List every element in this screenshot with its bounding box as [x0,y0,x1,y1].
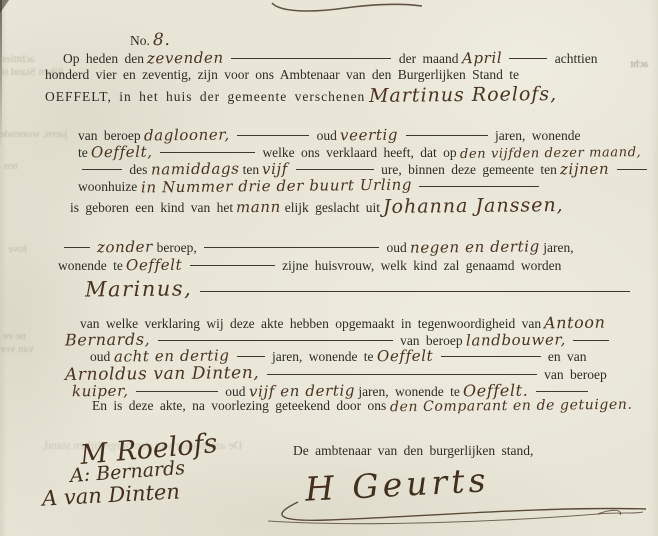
handwritten-closing: den Comparant en de getuigen. [390,397,633,416]
printed-text: achttien [555,51,598,66]
printed-text: wonende te [58,258,123,273]
closing-line: En is deze akte, na voorlezing geteekend… [92,398,632,414]
blank-line-rule [190,263,275,266]
blank-line-rule [200,289,630,292]
printed-text: jaren, [543,240,573,255]
handwritten-hour: vijf [262,160,288,178]
handwritten-mother-name: Johanna Janssen, [383,194,564,218]
blank-line-rule [573,338,609,341]
handwritten-age: veertig [340,126,398,145]
handwritten-day: zevenden [147,49,224,68]
handwritten-month: April [462,49,502,67]
blank-line-rule [406,133,488,136]
handwritten-mother-residence: Oeffelt [126,256,182,275]
printed-text: jaren, wonende te [358,384,460,399]
blank-line-rule [204,245,379,248]
blank-line-rule [617,167,647,170]
printed-text: des [129,162,147,177]
printed-text: jaren, wonende te [272,349,374,364]
printed-text: elijk geslacht uit [285,200,380,215]
blank-line-rule [296,167,374,170]
handwritten-address: in Nummer drie der buurt Urling [141,176,412,197]
house-line: woonhuize in Nummer drie der buurt Urlin… [78,177,543,195]
signature-witness2: A van Dinten [41,479,180,510]
printed-text: honderd vier en zeventig, zijn voor ons … [45,67,519,82]
child-name-line: Marinus, [85,277,634,301]
mother-occupation-line: zonder beroep, oud negen en dertig jaren… [60,238,574,256]
handwritten-occupation: daglooner, [144,126,230,145]
blank-line-rule [82,167,122,170]
printed-text: is geboren een kind van het [70,200,233,215]
blank-line-rule [237,133,309,136]
bleed-through-text: jaren, wonende [0,128,67,140]
handwritten-residence: Oeffelt, [91,143,153,162]
printed-text: OEFFELT, in het huis der gemeente versch… [45,89,365,104]
printed-text: oud [225,384,245,399]
printed-text: Op heden den [63,51,144,66]
blank-line-rule [136,389,218,392]
printed-text: jaren, wonende [495,128,580,143]
handwritten-mother-occupation: zonder [97,238,153,257]
signature-registrar: H Geurts [304,460,490,509]
bleed-through-text: acht [630,58,648,70]
scan-corner-mark [0,0,9,13]
record-number-label: No. [130,33,150,48]
printed-text: zijne huisvrouw, welk kind zal genaamd w… [282,258,561,273]
blank-line-rule [231,56,391,59]
printed-text: welke ons verklaard heeft, dat op [262,145,456,160]
blank-line-rule [536,389,588,392]
bleed-through-text: ten [4,160,17,172]
handwritten-possessive: zijnen [560,160,609,179]
blank-line-rule [64,245,90,248]
handwritten-daypart: namiddags [151,160,240,179]
printed-text: ten [243,162,260,177]
printed-text: beroep, [157,240,197,255]
registrar-title-line: De ambtenaar van den burgerlijken stand, [293,443,533,459]
blank-line-rule [237,354,265,357]
bleed-through-text: achttien [0,53,35,65]
handwritten-gender: mann [236,198,281,216]
printed-text: en van [548,349,587,364]
printed-text: oud [90,349,110,364]
printed-text: De ambtenaar van den burgerlijken stand, [293,443,533,458]
printed-text: van beroep [544,367,607,382]
printed-text: der maand [399,51,459,66]
blank-line-rule [509,56,547,59]
residence-line: te Oeffelt, welke ons verklaard heeft, d… [78,143,641,161]
blank-line-rule [158,338,393,341]
year-line: honderd vier en zeventig, zijn voor ons … [45,67,519,83]
blank-line-rule [160,150,255,153]
handwritten-witness1-residence: Oeffelt [377,347,433,366]
record-number-line: No. 8. [130,30,171,50]
mother-residence-line: wonende te Oeffelt zijne huisvrouw, welk… [58,256,561,274]
bleed-through-text: love [8,243,27,255]
document-page: achttien lijken Stand te jaren, wonende … [0,0,658,536]
record-number-value: 8. [153,30,171,50]
printed-text: woonhuize [78,179,137,194]
printed-text: En is deze akte, na voorlezing geteekend… [92,398,386,413]
blank-line-rule [419,184,539,187]
bleed-through-text: van vee [0,343,34,355]
date-line: Op heden den zevenden der maand April ac… [63,49,598,67]
blank-line-rule [441,354,541,357]
handwritten-child-name: Marinus, [85,276,193,301]
birth-line: is geboren een kind van het mann elijk g… [70,195,564,217]
printed-text: te [78,145,88,160]
bleed-through-text: ne ee [3,330,26,342]
printed-text: van beroep [78,128,141,143]
handwritten-declarant-name: Martinus Roelofs, [369,83,557,107]
place-declarant-line: OEFFELT, in het huis der gemeente versch… [45,84,557,106]
printed-text: oud [317,128,337,143]
witness1-age-line: oud acht en dertig jaren, wonende te Oef… [90,347,586,365]
blank-line-rule [267,372,537,375]
previous-record-stroke [270,0,430,16]
printed-text: oud [386,240,406,255]
handwritten-mother-age: negen en dertig [410,237,540,256]
occupation-line: van beroep daglooner, oud veertig jaren,… [78,126,580,144]
